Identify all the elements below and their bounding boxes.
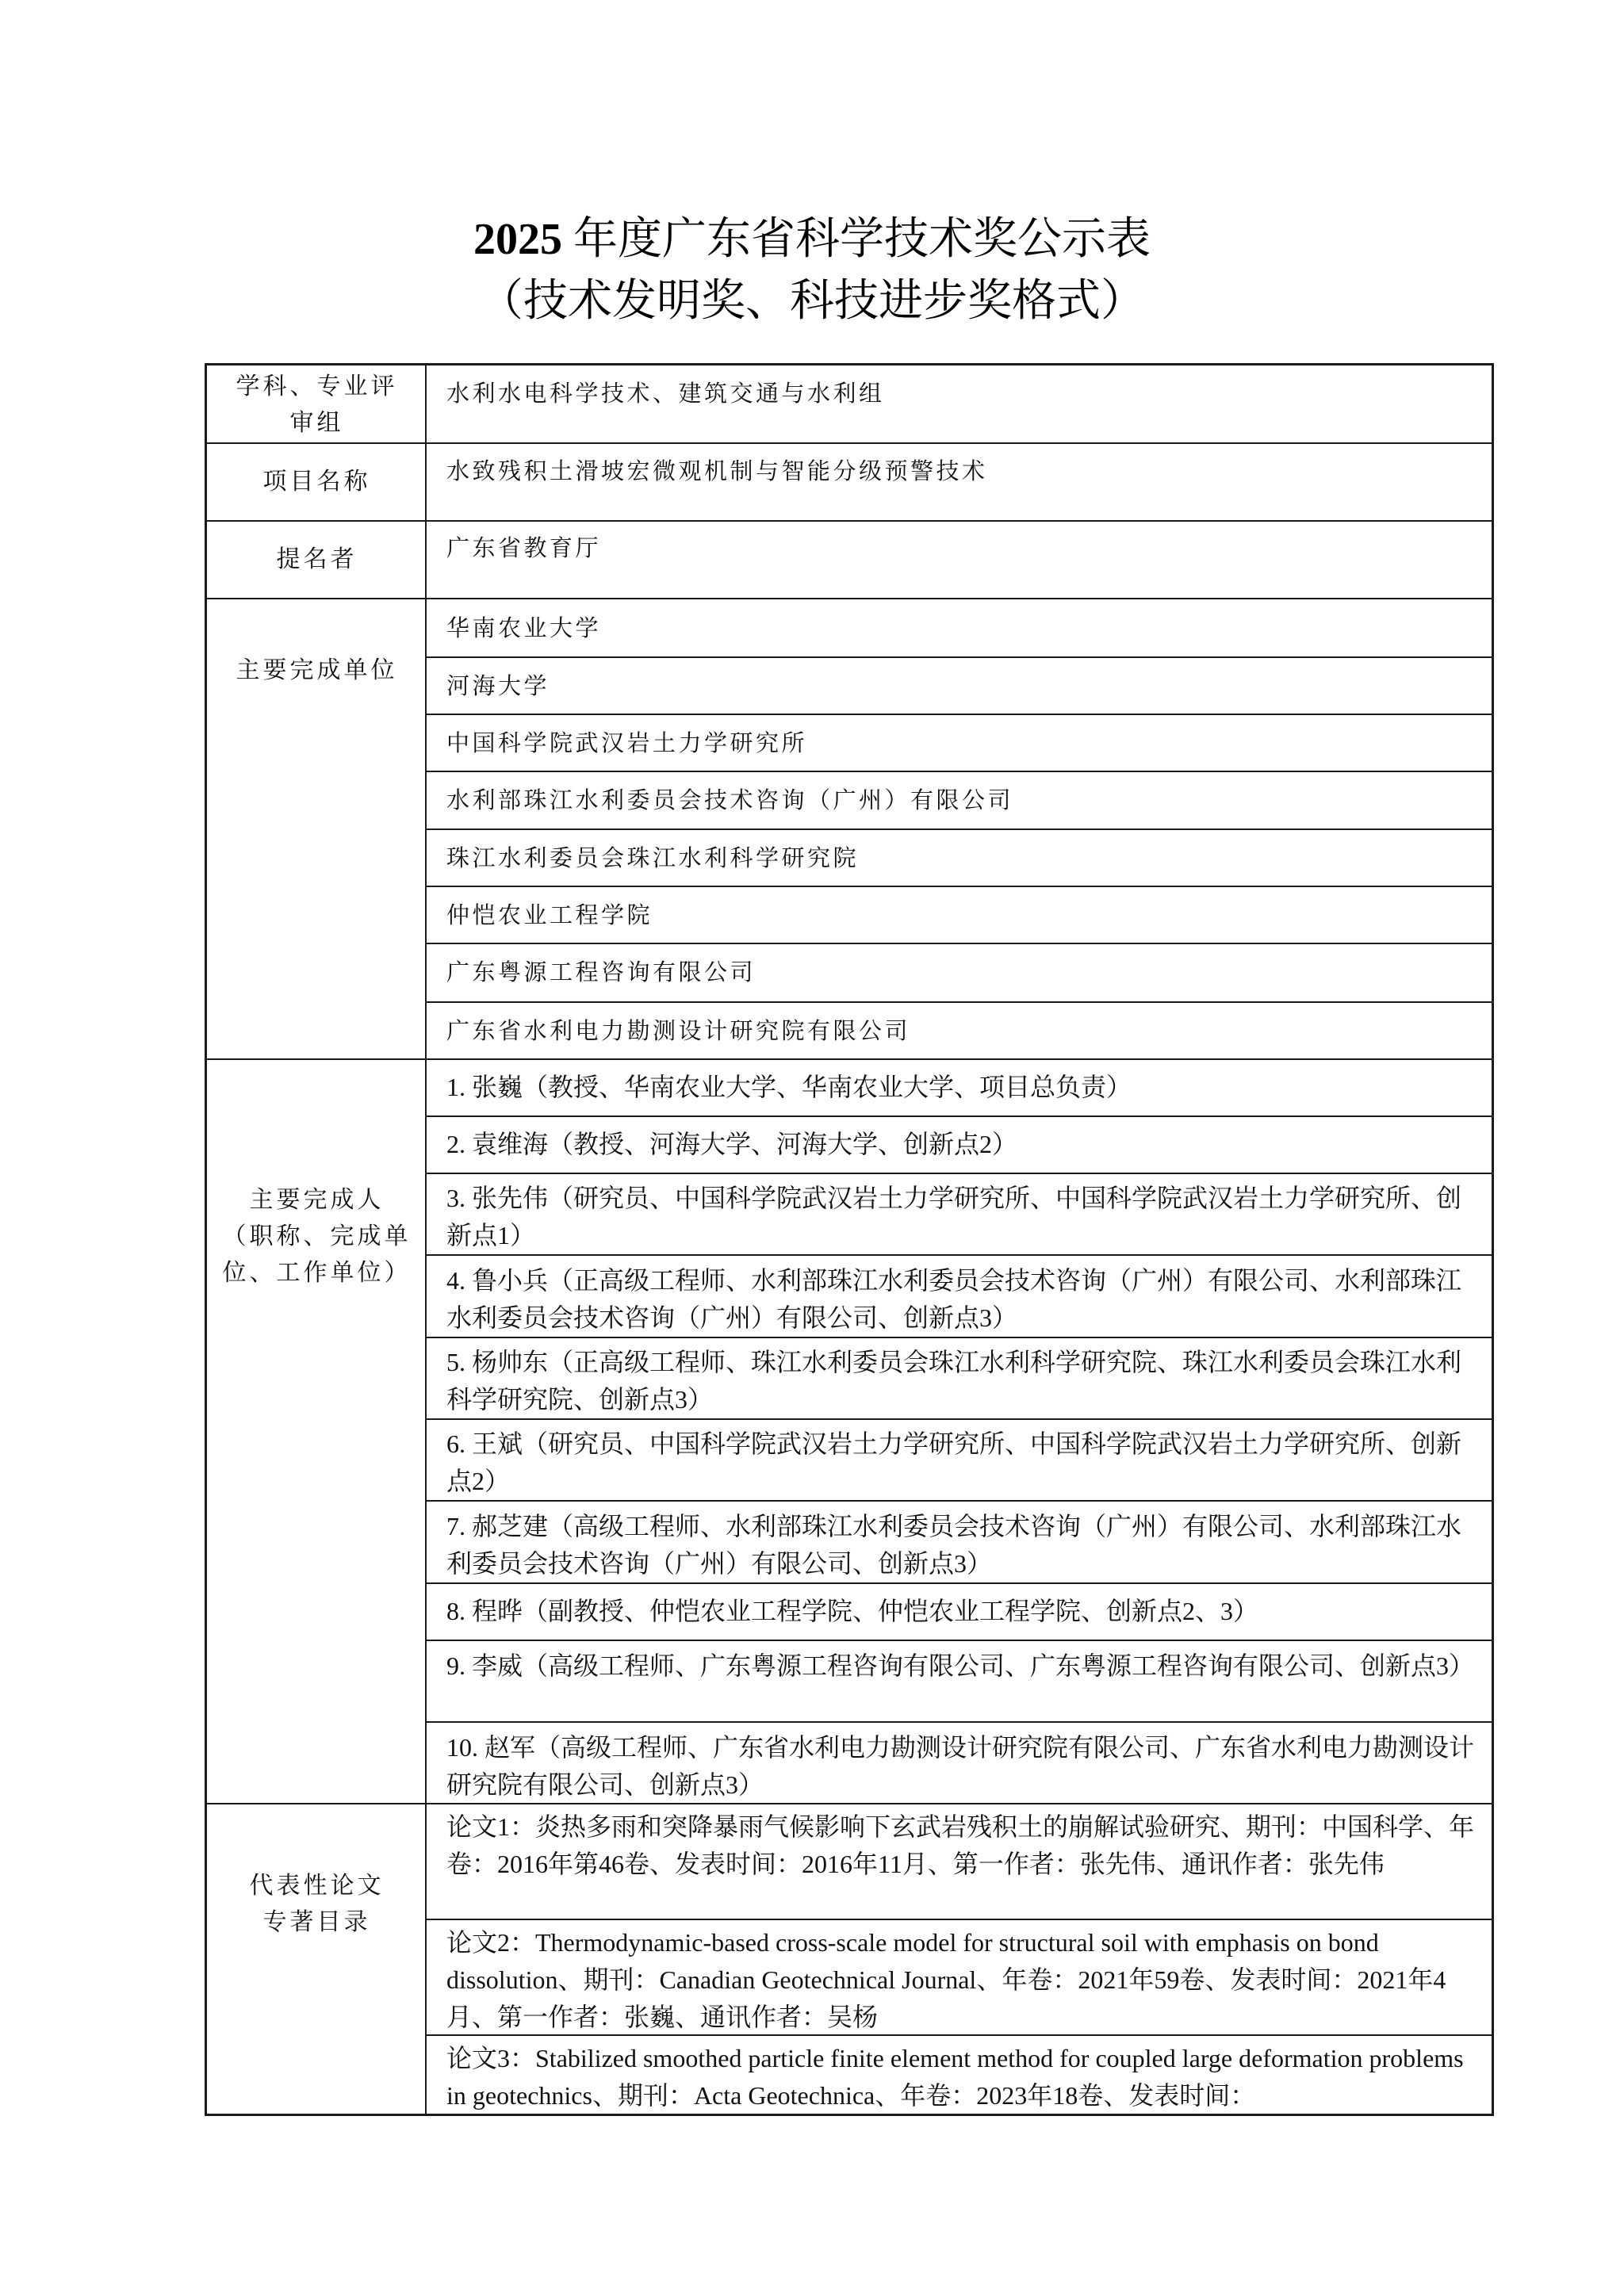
sub-row-divider bbox=[425, 1582, 1492, 1584]
person-item: 2. 袁维海（教授、河海大学、河海大学、创新点2） bbox=[446, 1126, 1482, 1163]
persons-label-line: 位、工作单位） bbox=[207, 1255, 427, 1291]
person-item: 9. 李威（高级工程师、广东粤源工程咨询有限公司、广东粤源工程咨询有限公司、创新… bbox=[446, 1647, 1482, 1685]
unit-item: 中国科学院武汉岩土力学研究所 bbox=[446, 725, 1477, 761]
unit-item: 仲恺农业工程学院 bbox=[446, 897, 1477, 933]
sub-row-divider bbox=[425, 943, 1492, 944]
paper-item: 论文3：Stabilized smoothed particle finite … bbox=[446, 2040, 1482, 2114]
title-year: 2025 bbox=[473, 215, 562, 264]
unit-item: 水利部珠江水利委员会技术咨询（广州）有限公司 bbox=[446, 782, 1477, 818]
sub-row-divider bbox=[425, 1115, 1492, 1117]
sub-row-divider bbox=[425, 1001, 1492, 1003]
papers-label: 代表性论文 专著目录 bbox=[207, 1868, 427, 1941]
sub-row-divider bbox=[425, 771, 1492, 772]
person-item: 5. 杨帅东（正高级工程师、珠江水利委员会珠江水利科学研究院、珠江水利委员会珠江… bbox=[446, 1344, 1482, 1418]
unit-item: 河海大学 bbox=[446, 668, 1477, 704]
persons-label-line: （职称、完成单 bbox=[207, 1219, 427, 1255]
person-item: 3. 张先伟（研究员、中国科学院武汉岩土力学研究所、中国科学院武汉岩土力学研究所… bbox=[446, 1180, 1482, 1254]
person-item: 6. 王斌（研究员、中国科学院武汉岩土力学研究所、中国科学院武汉岩土力学研究所、… bbox=[446, 1425, 1482, 1500]
units-label: 主要完成单位 bbox=[207, 652, 427, 689]
sub-row-divider bbox=[425, 886, 1492, 887]
sub-row-divider bbox=[425, 1640, 1492, 1641]
person-item: 7. 郝芝建（高级工程师、水利部珠江水利委员会技术咨询（广州）有限公司、水利部珠… bbox=[446, 1508, 1482, 1582]
sub-row-divider bbox=[425, 828, 1492, 830]
person-item: 4. 鲁小兵（正高级工程师、水利部珠江水利委员会技术咨询（广州）有限公司、水利部… bbox=[446, 1262, 1482, 1337]
person-item: 10. 赵军（高级工程师、广东省水利电力勘测设计研究院有限公司、广东省水利电力勘… bbox=[446, 1729, 1482, 1804]
row-divider bbox=[207, 520, 1492, 522]
nominator-value: 广东省教育厅 bbox=[446, 530, 1477, 566]
person-item: 1. 张巍（教授、华南农业大学、华南农业大学、项目总负责） bbox=[446, 1069, 1482, 1106]
persons-label: 主要完成人 （职称、完成单 位、工作单位） bbox=[207, 1182, 427, 1291]
sub-row-divider bbox=[425, 1173, 1492, 1174]
sub-row-divider bbox=[425, 656, 1492, 658]
page-subtitle: （技术发明奖、科技进步奖格式） bbox=[0, 277, 1624, 325]
row-divider bbox=[207, 442, 1492, 444]
discipline-value: 水利水电科学技术、建筑交通与水利组 bbox=[446, 375, 1477, 411]
sub-row-divider bbox=[425, 1919, 1492, 1920]
sub-row-divider bbox=[425, 714, 1492, 715]
sub-row-divider bbox=[425, 1254, 1492, 1256]
project-name-label: 项目名称 bbox=[207, 464, 427, 500]
unit-item: 广东粤源工程咨询有限公司 bbox=[446, 954, 1477, 990]
row-divider bbox=[207, 1058, 1492, 1060]
sub-row-divider bbox=[425, 1721, 1492, 1723]
title-text: 年度广东省科学技术奖公示表 bbox=[573, 215, 1151, 264]
award-table: 学科、专业评审组 水利水电科学技术、建筑交通与水利组 项目名称 水致残积土滑坡宏… bbox=[205, 363, 1494, 2116]
unit-item: 广东省水利电力勘测设计研究院有限公司 bbox=[446, 1012, 1477, 1049]
unit-item: 珠江水利委员会珠江水利科学研究院 bbox=[446, 840, 1477, 876]
paper-item: 论文2：Thermodynamic-based cross-scale mode… bbox=[446, 1924, 1482, 2036]
page-title: 2025 年度广东省科学技术奖公示表 bbox=[0, 216, 1624, 263]
paper-item: 论文1：炎热多雨和突降暴雨气候影响下玄武岩残积土的崩解试验研究、期刊：中国科学、… bbox=[446, 1808, 1482, 1883]
person-item: 8. 程晔（副教授、仲恺农业工程学院、仲恺农业工程学院、创新点2、3） bbox=[446, 1593, 1482, 1630]
papers-label-line: 代表性论文 bbox=[207, 1868, 427, 1904]
project-name-value: 水致残积土滑坡宏微观机制与智能分级预警技术 bbox=[446, 453, 1477, 489]
nominator-label: 提名者 bbox=[207, 541, 427, 578]
papers-label-line: 专著目录 bbox=[207, 1904, 427, 1941]
persons-label-line: 主要完成人 bbox=[207, 1182, 427, 1219]
sub-row-divider bbox=[425, 1418, 1492, 1420]
sub-row-divider bbox=[425, 1500, 1492, 1502]
discipline-label: 学科、专业评审组 bbox=[207, 369, 427, 442]
unit-item: 华南农业大学 bbox=[446, 610, 1477, 646]
sub-row-divider bbox=[425, 1337, 1492, 1338]
row-divider bbox=[207, 598, 1492, 599]
